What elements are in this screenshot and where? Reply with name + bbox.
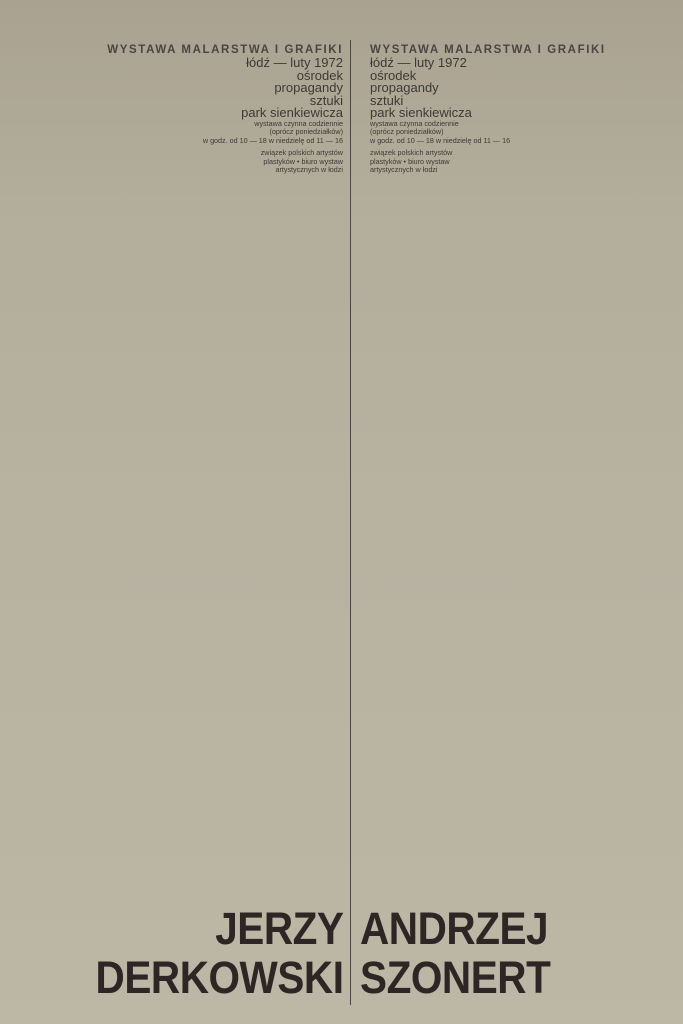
artist-first-name: JERZY (95, 904, 343, 953)
artist-last-name: DERKOWSKI (95, 953, 343, 1002)
organizer-line: artystycznych w łodzi (370, 166, 606, 175)
right-info-block: WYSTAWA MALARSTWA I GRAFIKI łódź — luty … (370, 43, 606, 175)
artist-name-right: ANDRZEJ SZONERT (360, 904, 550, 1002)
address-line: park sienkiewicza (107, 107, 343, 120)
artist-last-name: SZONERT (360, 953, 550, 1002)
address-line: park sienkiewicza (370, 107, 606, 120)
artist-name-left: JERZY DERKOWSKI (95, 904, 343, 1002)
hours-line: w godz. od 10 — 18 w niedzielę od 11 — 1… (107, 137, 343, 146)
artist-first-name: ANDRZEJ (360, 904, 550, 953)
left-info-block: WYSTAWA MALARSTWA I GRAFIKI łódź — luty … (107, 43, 343, 175)
organizer-line: artystycznych w łodzi (107, 166, 343, 175)
venue-line: propagandy (107, 82, 343, 95)
center-divider-line (350, 40, 351, 1005)
hours-line: w godz. od 10 — 18 w niedzielę od 11 — 1… (370, 137, 606, 146)
venue-line: propagandy (370, 82, 606, 95)
